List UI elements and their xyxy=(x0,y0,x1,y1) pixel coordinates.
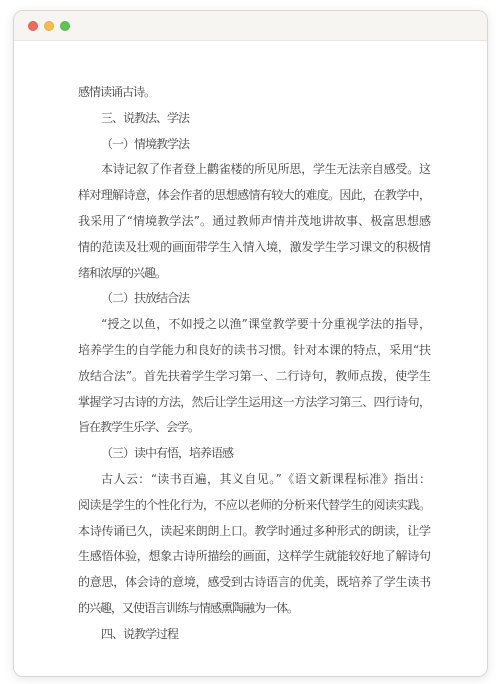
zoom-button[interactable] xyxy=(60,21,70,31)
subsection-heading: （二）扶放结合法 xyxy=(78,286,430,312)
document-window: 感情读诵古诗。 三、说教法、学法 （一）情境教学法 本诗记叙了作者登上鹳雀楼的所… xyxy=(13,10,488,677)
text-line: 旨在教学生乐学、会学。 xyxy=(78,415,430,441)
text-line: 的兴趣，又使语言训练与情感熏陶融为一体。 xyxy=(78,596,430,622)
text-line: 样对理解诗意，体会作者的思想感情有较大的难度。因此，在教学中， xyxy=(78,183,430,209)
subsection-heading: （一）情境教学法 xyxy=(78,132,430,158)
close-button[interactable] xyxy=(28,21,38,31)
text-line: 感情读诵古诗。 xyxy=(78,80,430,106)
section-heading: 四、说教学过程 xyxy=(78,622,430,648)
text-line: 本诗传诵已久，读起来朗朗上口。教学时通过多种形式的朗读，让学 xyxy=(78,519,430,545)
text-line: 古人云：“读书百遍，其义自见。”《语文新课程标准》指出： xyxy=(78,467,430,493)
document-content: 感情读诵古诗。 三、说教法、学法 （一）情境教学法 本诗记叙了作者登上鹳雀楼的所… xyxy=(14,41,487,677)
text-line: 生感悟体验，想象古诗所描绘的画面，这样学生就能较好地了解诗句 xyxy=(78,544,430,570)
text-line: 我采用了“情境教学法”。通过教师声情并茂地讲故事、极富思想感 xyxy=(78,209,430,235)
text-line: 绪和浓厚的兴趣。 xyxy=(78,261,430,287)
text-line: 阅读是学生的个性化行为，不应以老师的分析来代替学生的阅读实践。 xyxy=(78,493,430,519)
text-line: 培养学生的自学能力和良好的读书习惯。针对本课的特点，采用“扶 xyxy=(78,338,430,364)
minimize-button[interactable] xyxy=(44,21,54,31)
text-line: 本诗记叙了作者登上鹳雀楼的所见所思，学生无法亲自感受。这 xyxy=(78,157,430,183)
text-line: 情的范读及壮观的画面带学生入情入境，激发学生学习课文的积极情 xyxy=(78,235,430,261)
text-line: 掌握学习古诗的方法，然后让学生运用这一方法学习第三、四行诗句， xyxy=(78,390,430,416)
text-line: 的意思，体会诗的意境，感受到古诗语言的优美，既培养了学生读书 xyxy=(78,570,430,596)
traffic-lights xyxy=(28,21,70,31)
text-line: “授之以鱼，不如授之以渔”课堂教学要十分重视学法的指导， xyxy=(78,312,430,338)
title-bar[interactable] xyxy=(14,11,487,41)
subsection-heading: （三）读中有悟，培养语感 xyxy=(78,441,430,467)
text-line: 放结合法”。首先扶着学生学习第一、二行诗句，教师点拨，使学生 xyxy=(78,364,430,390)
section-heading: 三、说教法、学法 xyxy=(78,106,430,132)
